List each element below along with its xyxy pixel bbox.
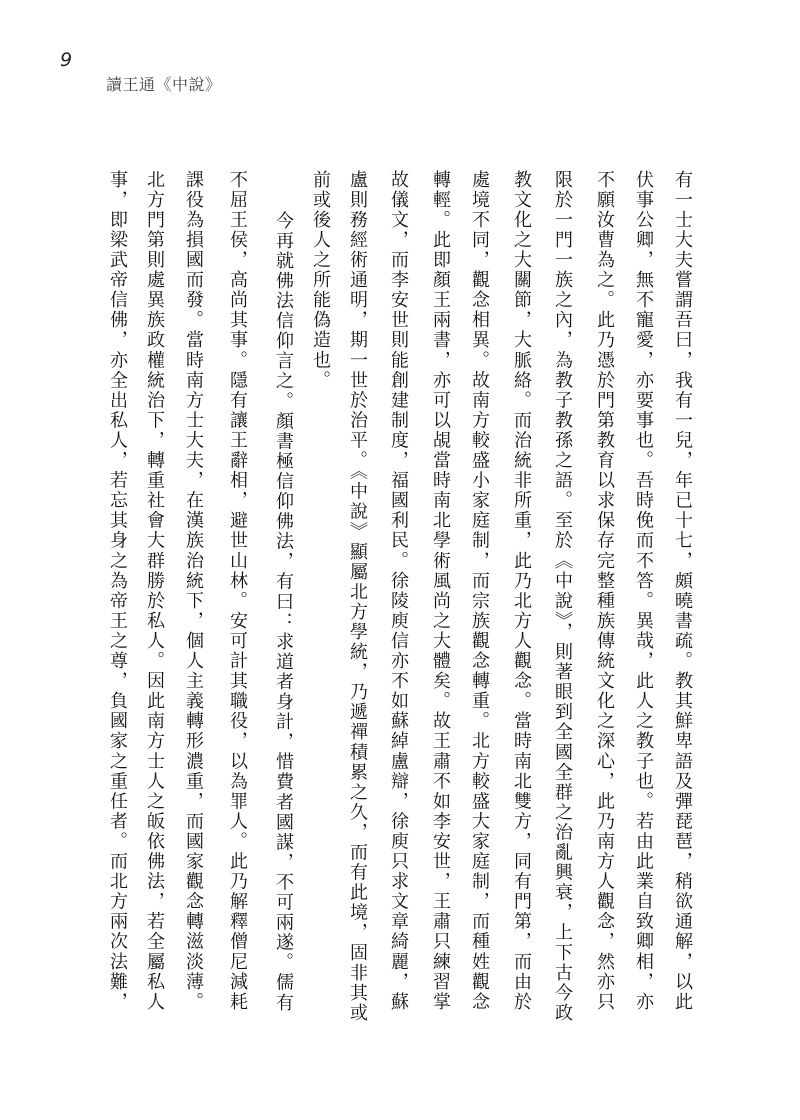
text-column-9: 盧則務經術通明，期一世於治平。《中說》顯屬北方學統，乃遞禪積累之久，而有此境，固… bbox=[346, 170, 368, 1023]
text-column-6: 處境不同，觀念相異。故南方較盛小家庭制，而宗族觀念轉重。北方較盛大家庭制，而種姓… bbox=[468, 170, 490, 1012]
body-text: 有一士大夫嘗謂吾曰，我有一兒，年已十七，頗曉書疏。教其鮮卑語及彈琵琶，稍欲通解，… bbox=[0, 170, 800, 1050]
text-column-4: 限於一門一族之內，為教子教孫之語。至於《中說》，則著眼到全國全群之治亂興衰，上下… bbox=[551, 170, 573, 1023]
text-column-10: 前或後人之所能偽造也。 bbox=[309, 170, 331, 391]
text-column-15: 事，即梁武帝信佛，亦全出私人，若忘其身之為帝王之尊，負國家之重任者。而北方兩次法… bbox=[106, 170, 128, 1012]
page-number: 9 bbox=[60, 50, 72, 70]
text-column-12: 不屈王侯，高尚其事。隱有讓王辭相，避世山林。安可計其職役，以為罪人。此乃解釋僧尼… bbox=[226, 170, 248, 1012]
text-column-11-paragraph-start: 今再就佛法信仰言之。顏書極信仰佛法，有曰：求道者身計，惜費者國謀，不可兩遂。儒有 bbox=[272, 211, 294, 1013]
text-column-8: 故儀文，而李安世則能創建制度，福國利民。徐陵庾信亦不如蘇綽盧辯，徐庾只求文章綺麗… bbox=[387, 170, 409, 1012]
text-column-7: 轉輕。此即顏王兩書，亦可以覘當時南北學術風尚之大體矣。故王肅不如李安世，王肅只練… bbox=[429, 170, 451, 1012]
text-column-3: 不願汝曹為之。此乃憑於門第教育以求保存完整種族傳統文化之深心，此乃南方人觀念，然… bbox=[593, 170, 615, 1012]
text-column-13: 課役為損國而發。當時南方士大夫，在漢族治統下，個人主義轉形濃重，而國家觀念轉滋淡… bbox=[182, 170, 204, 1012]
text-column-5: 教文化之大關節，大脈絡。而治統非所重，此乃北方人觀念。當時南北雙方，同有門第，而… bbox=[510, 170, 532, 1012]
running-header: 讀王通《中說》 bbox=[106, 75, 222, 95]
text-column-14: 北方門第則處異族政權統治下，轉重社會大群勝於私人。因此南方士人之皈依佛法，若全屬… bbox=[143, 170, 165, 1012]
text-column-1: 有一士大夫嘗謂吾曰，我有一兒，年已十七，頗曉書疏。教其鮮卑語及彈琵琶，稍欲通解，… bbox=[671, 170, 693, 1012]
text-column-2: 伏事公卿，無不寵愛，亦要事也。吾時俛而不答。異哉，此人之教子也。若由此業自致卿相… bbox=[632, 170, 654, 1012]
